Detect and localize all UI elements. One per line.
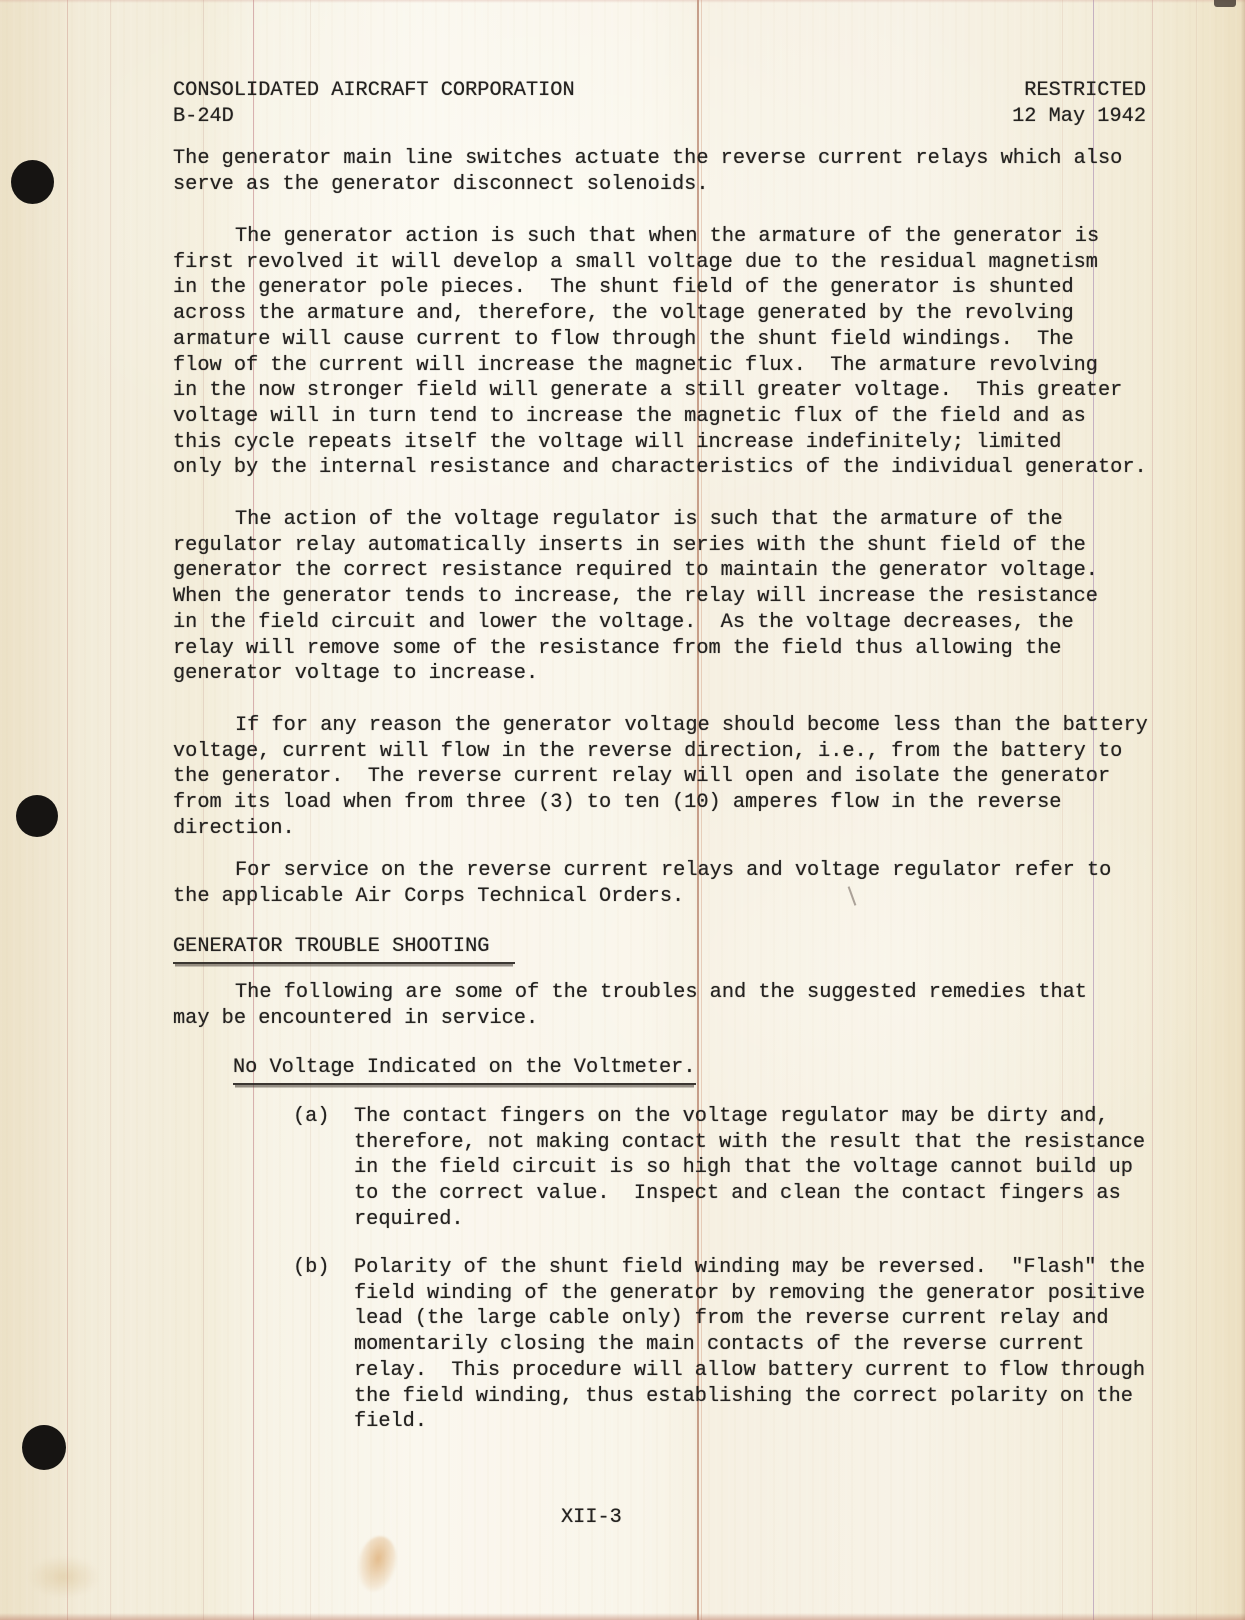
document-header-right: RESTRICTED 12 May 1942 bbox=[1012, 78, 1146, 129]
paragraph-service-reference: For service on the reverse current relay… bbox=[173, 858, 1178, 909]
fold-line bbox=[1196, 0, 1197, 1620]
list-item-a: (a) The contact fingers on the voltage r… bbox=[293, 1104, 1179, 1233]
item-text: Polarity of the shunt field winding may … bbox=[354, 1255, 1179, 1435]
scanned-document-page: CONSOLIDATED AIRCRAFT CORPORATION B-24D … bbox=[0, 0, 1245, 1620]
page-number: XII-3 bbox=[561, 1505, 622, 1531]
company-name: CONSOLIDATED AIRCRAFT CORPORATION bbox=[173, 78, 813, 104]
fold-line bbox=[110, 0, 111, 1620]
fold-line bbox=[67, 0, 68, 1620]
classification-label: RESTRICTED bbox=[1012, 78, 1146, 104]
punch-hole bbox=[11, 160, 54, 204]
punch-hole bbox=[22, 1425, 66, 1470]
scan-edge-bottom bbox=[0, 1613, 1245, 1620]
paper-stain bbox=[353, 1533, 402, 1596]
scan-edge-right bbox=[1241, 0, 1245, 1620]
paragraph-section-intro: The following are some of the troubles a… bbox=[173, 980, 1178, 1031]
punch-hole bbox=[16, 795, 58, 837]
paragraph-voltage-regulator: The action of the voltage regulator is s… bbox=[173, 507, 1178, 687]
aircraft-model: B-24D bbox=[173, 104, 813, 130]
subsection-heading-row: No Voltage Indicated on the Voltmeter. bbox=[233, 1055, 696, 1085]
item-text: The contact fingers on the voltage regul… bbox=[354, 1104, 1179, 1233]
list-item-b: (b) Polarity of the shunt field winding … bbox=[293, 1255, 1179, 1435]
paragraph-intro: The generator main line switches actuate… bbox=[173, 146, 1178, 197]
item-label: (b) bbox=[293, 1255, 331, 1435]
document-header-left: CONSOLIDATED AIRCRAFT CORPORATION B-24D bbox=[173, 78, 813, 129]
scan-edge-top bbox=[0, 0, 1245, 3]
section-heading: GENERATOR TROUBLE SHOOTING bbox=[173, 934, 515, 964]
paragraph-reverse-current: If for any reason the generator voltage … bbox=[173, 713, 1178, 842]
scan-corner-mark bbox=[1214, 0, 1236, 7]
document-date: 12 May 1942 bbox=[1012, 104, 1146, 130]
section-heading-row: GENERATOR TROUBLE SHOOTING bbox=[173, 934, 515, 964]
subsection-heading: No Voltage Indicated on the Voltmeter. bbox=[233, 1055, 696, 1085]
item-label: (a) bbox=[293, 1104, 331, 1233]
paragraph-generator-action: The generator action is such that when t… bbox=[173, 224, 1178, 481]
paper-stain bbox=[28, 1556, 100, 1598]
